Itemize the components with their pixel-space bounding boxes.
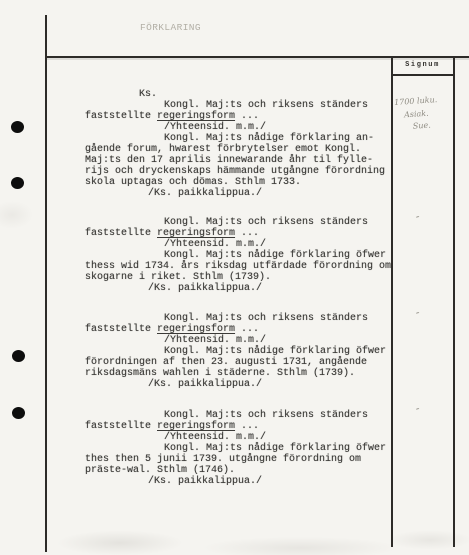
entry-line: /Yhteensid. m.m./ [164, 335, 399, 346]
underlined-term: regeringsform [157, 324, 235, 335]
entry-line: /Yhteensid. m.m./ [164, 432, 399, 443]
entry-line: Kongl. Maj:ts nådige förklaring öfwer [164, 250, 399, 261]
entry-line: Kongl. Maj:ts och riksens ständers [164, 217, 399, 228]
entry-line: Maj:ts den 17 aprilis innewarande åhr ti… [85, 155, 399, 166]
entry-line: Kongl. Maj:ts nådige förklaring öfwer [164, 346, 399, 357]
entry-line: Ks. [139, 89, 399, 100]
entry-line: thess wid 1734. års riksdag utfärdade fö… [85, 261, 399, 272]
catalog-entry: Kongl. Maj:ts och riksens ständersfastst… [85, 410, 399, 487]
entry-line: skola uptagas och dömas. Sthlm 1733. [85, 177, 399, 188]
catalog-entry: Kongl. Maj:ts och riksens ständersfastst… [85, 217, 399, 294]
entry-line: faststellte regeringsform ... [85, 111, 399, 122]
entries: Ks.Kongl. Maj:ts och riksens ständersfas… [0, 0, 469, 555]
catalog-entry: Kongl. Maj:ts och riksens ständersfastst… [85, 313, 399, 390]
entry-line: riksdagsmäns wahlen i städerne. Sthlm (1… [85, 368, 399, 379]
entry-line: rijs och dryckenskaps hämmande utgångne … [85, 166, 399, 177]
entry-line: /Ks. paikkalippua./ [148, 379, 399, 390]
entry-line: /Ks. paikkalippua./ [148, 283, 399, 294]
entry-line: faststellte regeringsform ... [85, 228, 399, 239]
entry-line: /Ks. paikkalippua./ [148, 188, 399, 199]
entry-line: Kongl. Maj:ts och riksens ständers [164, 100, 399, 111]
catalog-card-page: FÖRKLARING Signum 1700 luku. Asiak. Sue.… [0, 0, 469, 555]
entry-line: thes then 5 junii 1739. utgångne förordn… [85, 454, 399, 465]
entry-line: faststellte regeringsform ... [85, 421, 399, 432]
entry-line: /Ks. paikkalippua./ [148, 476, 399, 487]
underlined-term: regeringsform [157, 111, 235, 122]
entry-line: Kongl. Maj:ts och riksens ständers [164, 410, 399, 421]
entry-line: gående forum, hwarest förbrytelser emot … [85, 144, 399, 155]
underlined-term: regeringsform [157, 421, 235, 432]
entry-line: präste-wal. Sthlm (1746). [85, 465, 399, 476]
entry-line: faststellte regeringsform ... [85, 324, 399, 335]
catalog-entry: Ks.Kongl. Maj:ts och riksens ständersfas… [85, 89, 399, 199]
entry-line: förordningen af then 23. augusti 1731, a… [85, 357, 399, 368]
entry-line: Kongl. Maj:ts nådige förklaring an- [164, 133, 399, 144]
entry-line: Kongl. Maj:ts nådige förklaring öfwer [164, 443, 399, 454]
entry-line: /Yhteensid. m.m./ [164, 239, 399, 250]
entry-line: /Yhteensid. m.m./ [164, 122, 399, 133]
underlined-term: regeringsform [157, 228, 235, 239]
entry-line: Kongl. Maj:ts och riksens ständers [164, 313, 399, 324]
entry-line: skogarne i riket. Sthlm (1739). [85, 272, 399, 283]
